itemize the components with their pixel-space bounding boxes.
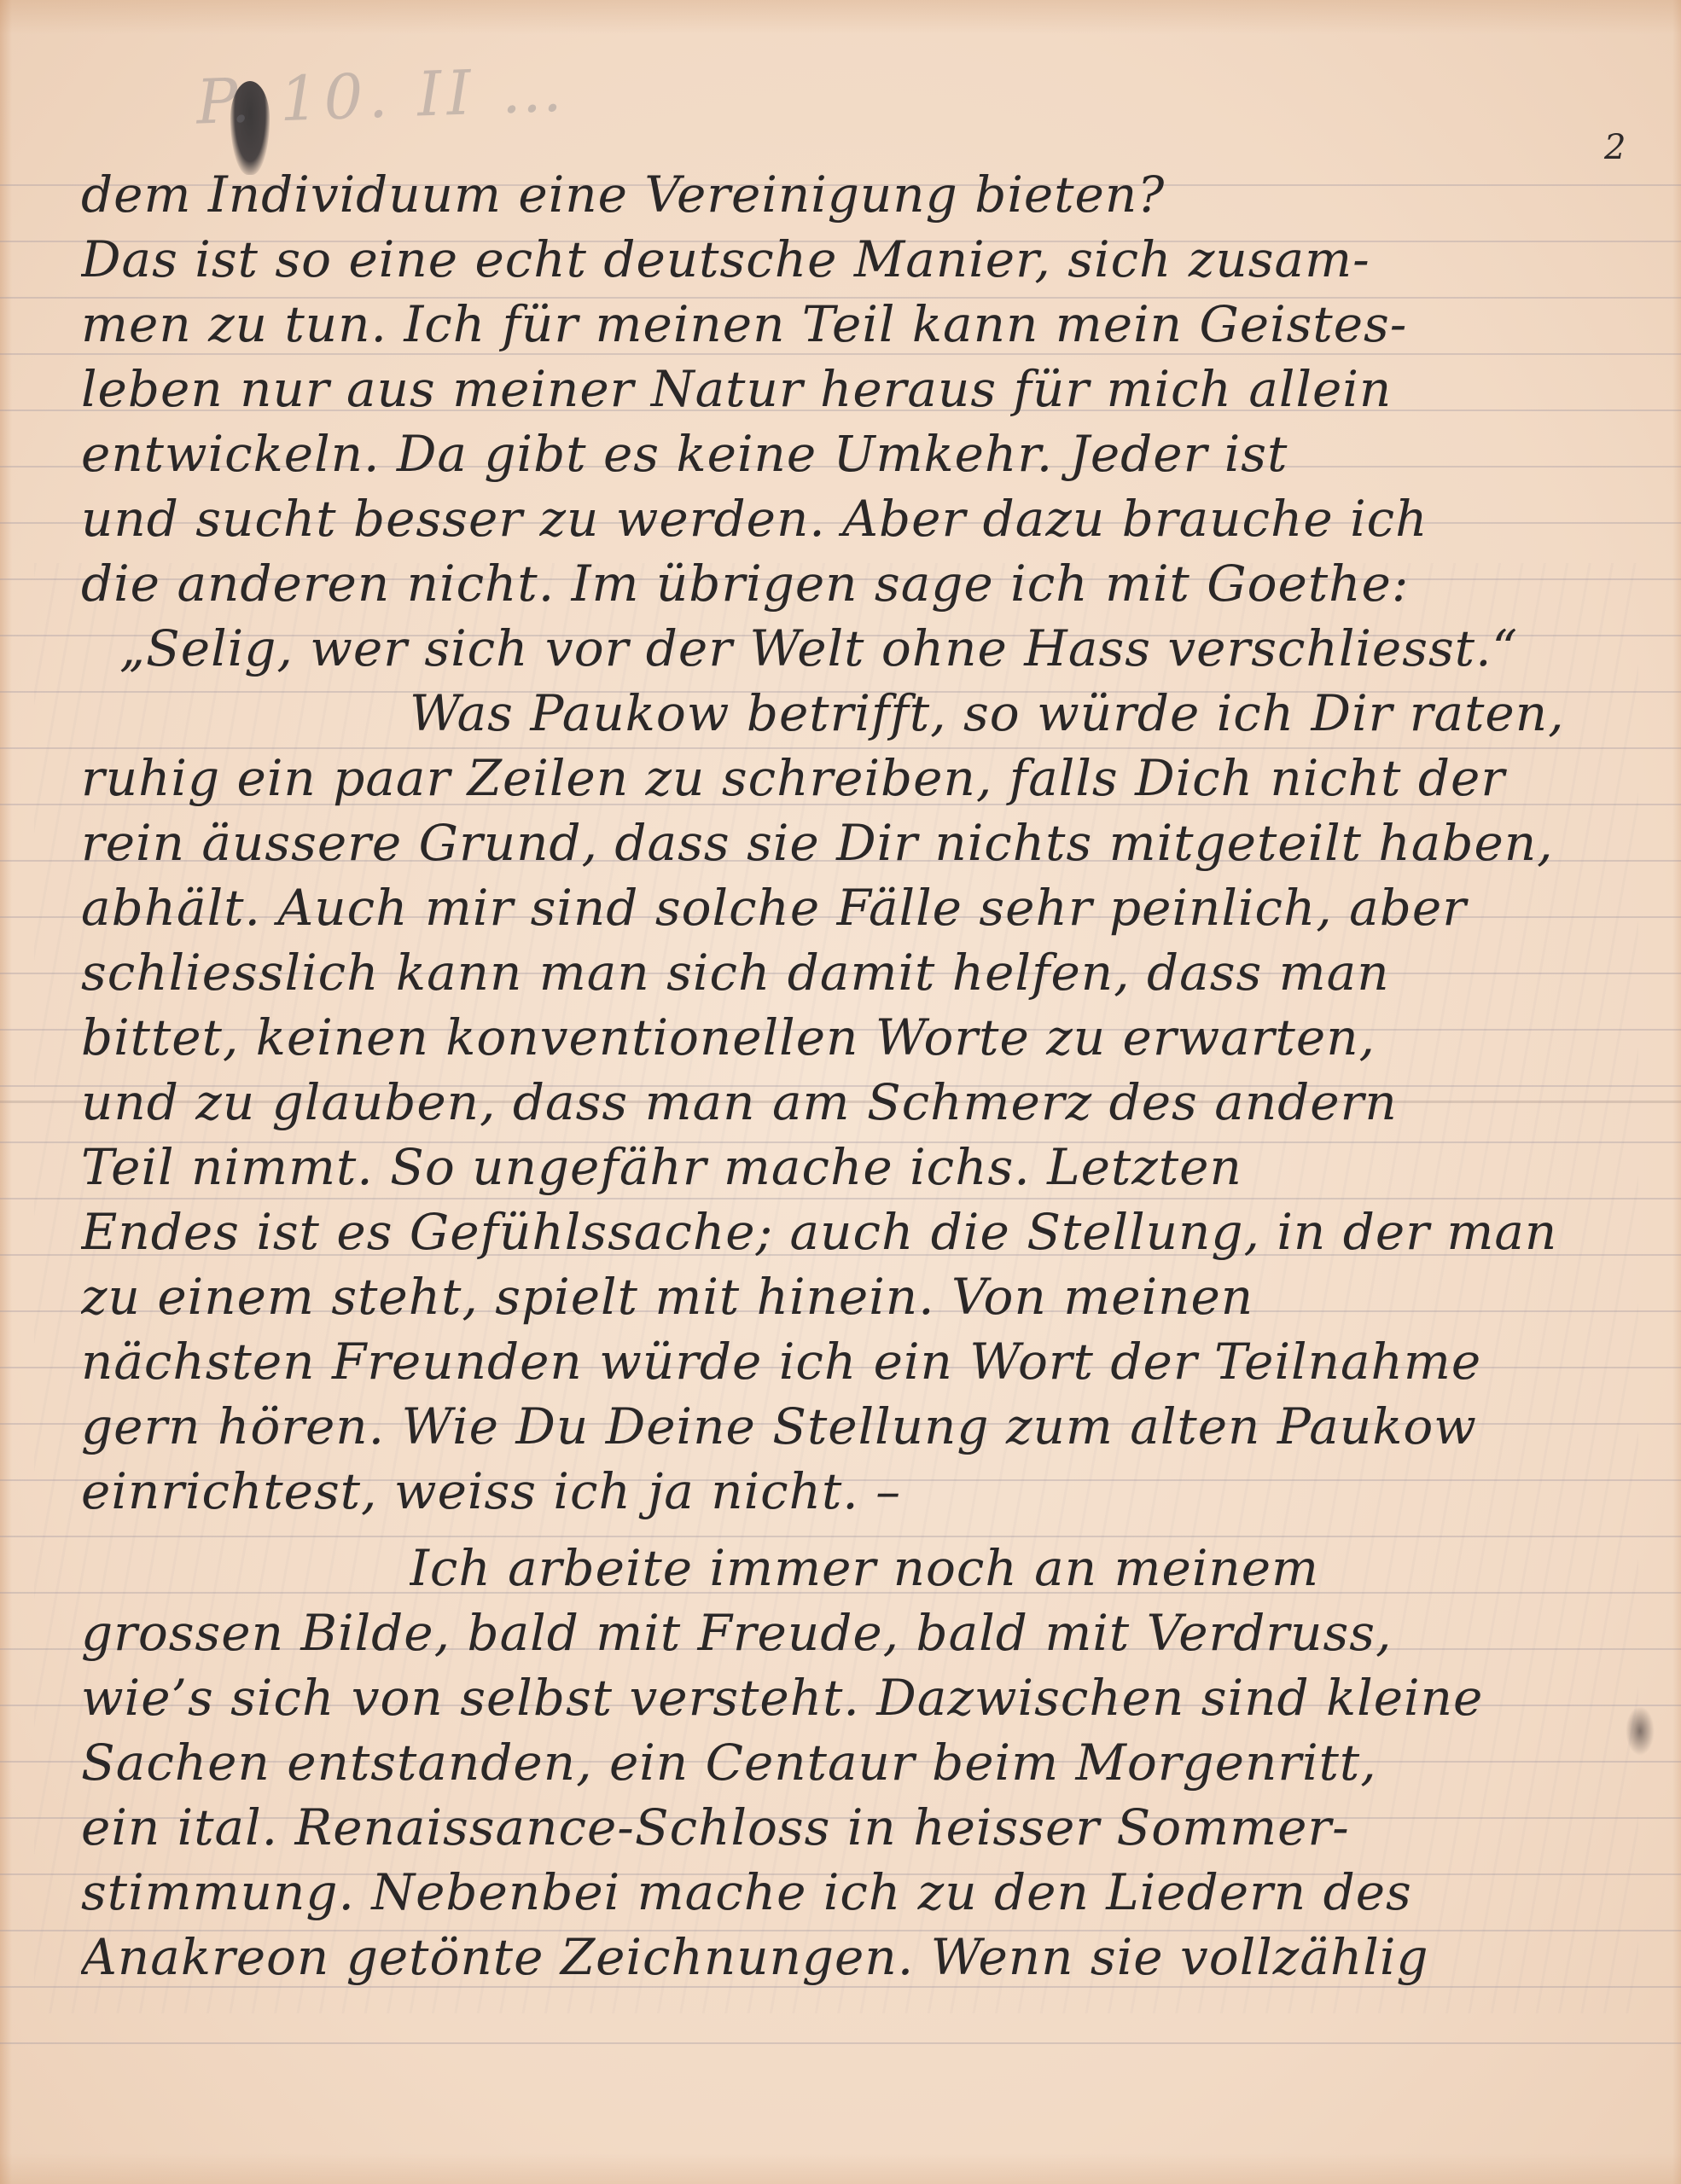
- text-line: Sachen entstanden, ein Centaur beim Morg…: [81, 1730, 1664, 1795]
- text-line: ein ital. Renaissance-Schloss in heisser…: [81, 1795, 1664, 1860]
- text-line: ruhig ein paar Zeilen zu schreiben, fall…: [81, 746, 1664, 810]
- text-line: men zu tun. Ich für meinen Teil kann mei…: [81, 292, 1664, 357]
- letter-page: P. 10. II … 2 dem Individuum eine Verein…: [0, 0, 1681, 2184]
- text-line: und sucht besser zu werden. Aber dazu br…: [81, 486, 1664, 551]
- text-line: zu einem steht, spielt mit hinein. Von m…: [81, 1264, 1664, 1329]
- text-line: einrichtest, weiss ich ja nicht. –: [81, 1459, 1664, 1524]
- text-line: schliesslich kann man sich damit helfen,…: [81, 940, 1664, 1005]
- text-line: rein äussere Grund, dass sie Dir nichts …: [81, 810, 1664, 875]
- text-line: und zu glauben, dass man am Schmerz des …: [81, 1070, 1664, 1135]
- paragraph-start: Was Paukow betrifft, so würde ich Dir ra…: [410, 681, 1664, 746]
- text-line: Endes ist es Gefühlssache; auch die Stel…: [81, 1199, 1664, 1264]
- pencil-annotation: P. 10. II …: [195, 53, 568, 137]
- text-line: stimmung. Nebenbei mache ich zu den Lied…: [81, 1860, 1664, 1925]
- text-line: leben nur aus meiner Natur heraus für mi…: [81, 357, 1664, 421]
- text-line: grossen Bilde, bald mit Freude, bald mit…: [81, 1600, 1664, 1665]
- text-line-quote: „Selig, wer sich vor der Welt ohne Hass …: [119, 616, 1664, 681]
- text-line: entwickeln. Da gibt es keine Umkehr. Jed…: [81, 421, 1664, 486]
- text-line: gern hören. Wie Du Deine Stellung zum al…: [81, 1394, 1664, 1459]
- text-line: nächsten Freunden würde ich ein Wort der…: [81, 1329, 1664, 1394]
- text-line: Das ist so eine echt deutsche Manier, si…: [81, 227, 1664, 292]
- text-line: abhält. Auch mir sind solche Fälle sehr …: [81, 875, 1664, 940]
- text-line: Teil nimmt. So ungefähr mache ichs. Letz…: [81, 1135, 1664, 1199]
- text-line: wie’s sich von selbst versteht. Dazwisch…: [81, 1665, 1664, 1730]
- text-line: dem Individuum eine Vereinigung bieten?: [81, 162, 1664, 227]
- paragraph-start: Ich arbeite immer noch an meinem: [410, 1536, 1664, 1600]
- text-line: bittet, keinen konventionellen Worte zu …: [81, 1005, 1664, 1070]
- text-line: die anderen nicht. Im übrigen sage ich m…: [81, 551, 1664, 616]
- text-line: Anakreon getönte Zeichnungen. Wenn sie v…: [81, 1925, 1664, 1989]
